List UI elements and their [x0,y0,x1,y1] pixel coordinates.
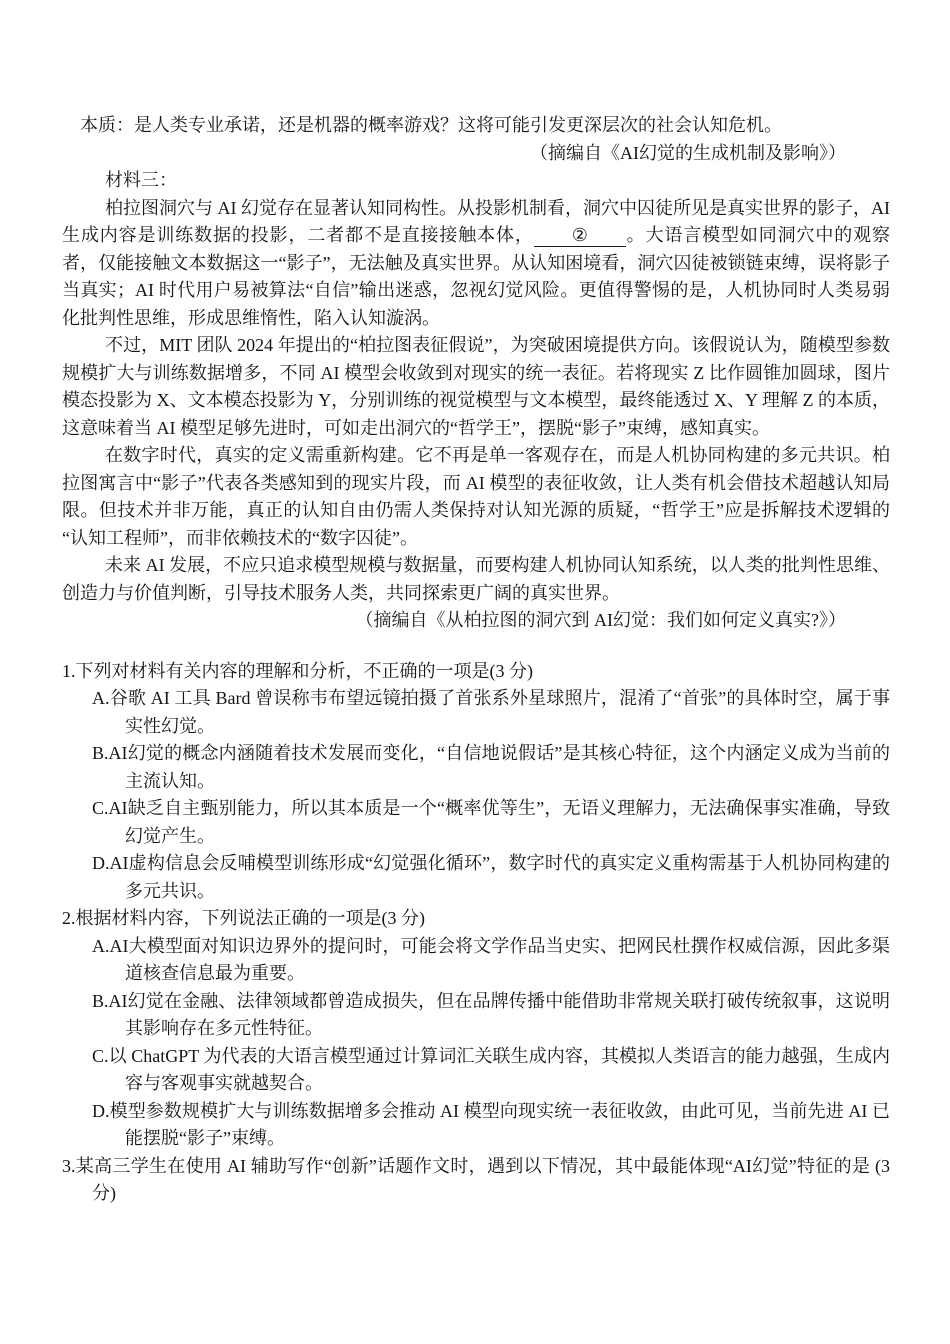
material3-paragraph-2: 不过，MIT 团队 2024 年提出的“柏拉图表征假说”，为突破困境提供方向。该… [62,332,890,442]
question-2-option-b: B.AI幻觉在金融、法律领域都曾造成损失，但在品牌传播中能借助非常规关联打破传统… [62,988,890,1043]
question-2-option-a: A.AI大模型面对知识边界外的提问时，可能会将文学作品当史实、把网民杜撰作权威信… [62,933,890,988]
question-2-option-c: C.以 ChatGPT 为代表的大语言模型通过计算词汇关联生成内容，其模拟人类语… [62,1043,890,1098]
question-1-option-a: A.谷歌 AI 工具 Bard 曾误称韦布望远镜拍摄了首张系外星球照片，混淆了“… [62,685,890,740]
question-3-stem: 3.某高三学生在使用 AI 辅助写作“创新”话题作文时，遇到以下情况，其中最能体… [62,1153,890,1208]
exam-page: 本质：是人类专业承诺，还是机器的概率游戏？这将可能引发更深层次的社会认知危机。 … [0,0,950,1344]
material3-paragraph-3: 在数字时代，真实的定义需重新构建。它不再是单一客观存在，而是人机协同构建的多元共… [62,442,890,552]
material3-paragraph-1: 柏拉图洞穴与 AI 幻觉存在显著认知同构性。从投影机制看，洞穴中囚徒所见是真实世… [62,195,890,333]
material2-ending-line: 本质：是人类专业承诺，还是机器的概率游戏？这将可能引发更深层次的社会认知危机。 [62,112,890,140]
circled-2-marker: ② [572,225,588,245]
question-2-option-d: D.模型参数规模扩大与训练数据增多会推动 AI 模型向现实统一表征收敛，由此可见… [62,1098,890,1153]
question-1-option-b: B.AI幻觉的概念内涵随着技术发展而变化，“自信地说假话”是其核心特征，这个内涵… [62,740,890,795]
material3-paragraph-4: 未来 AI 发展，不应只追求模型规模与数据量，而要构建人机协同认知系统，以人类的… [62,552,890,607]
fill-in-blank-2: ② [534,224,626,247]
question-2-stem: 2.根据材料内容，下列说法正确的一项是(3 分) [62,905,890,933]
questions-section: 1.下列对材料有关内容的理解和分析，不正确的一项是(3 分) A.谷歌 AI 工… [62,658,890,1208]
question-1-option-c: C.AI缺乏自主甄别能力，所以其本质是一个“概率优等生”，无语义理解力，无法确保… [62,795,890,850]
question-1-option-d: D.AI虚构信息会反哺模型训练形成“幻觉强化循环”，数字时代的真实定义重构需基于… [62,850,890,905]
material3-source: （摘编自《从柏拉图的洞穴到 AI幻觉：我们如何定义真实?》） [62,607,890,635]
material2-source: （摘编自《AI幻觉的生成机制及影响》） [62,140,890,168]
question-1-stem: 1.下列对材料有关内容的理解和分析，不正确的一项是(3 分) [62,658,890,686]
material3-label: 材料三： [62,167,890,195]
